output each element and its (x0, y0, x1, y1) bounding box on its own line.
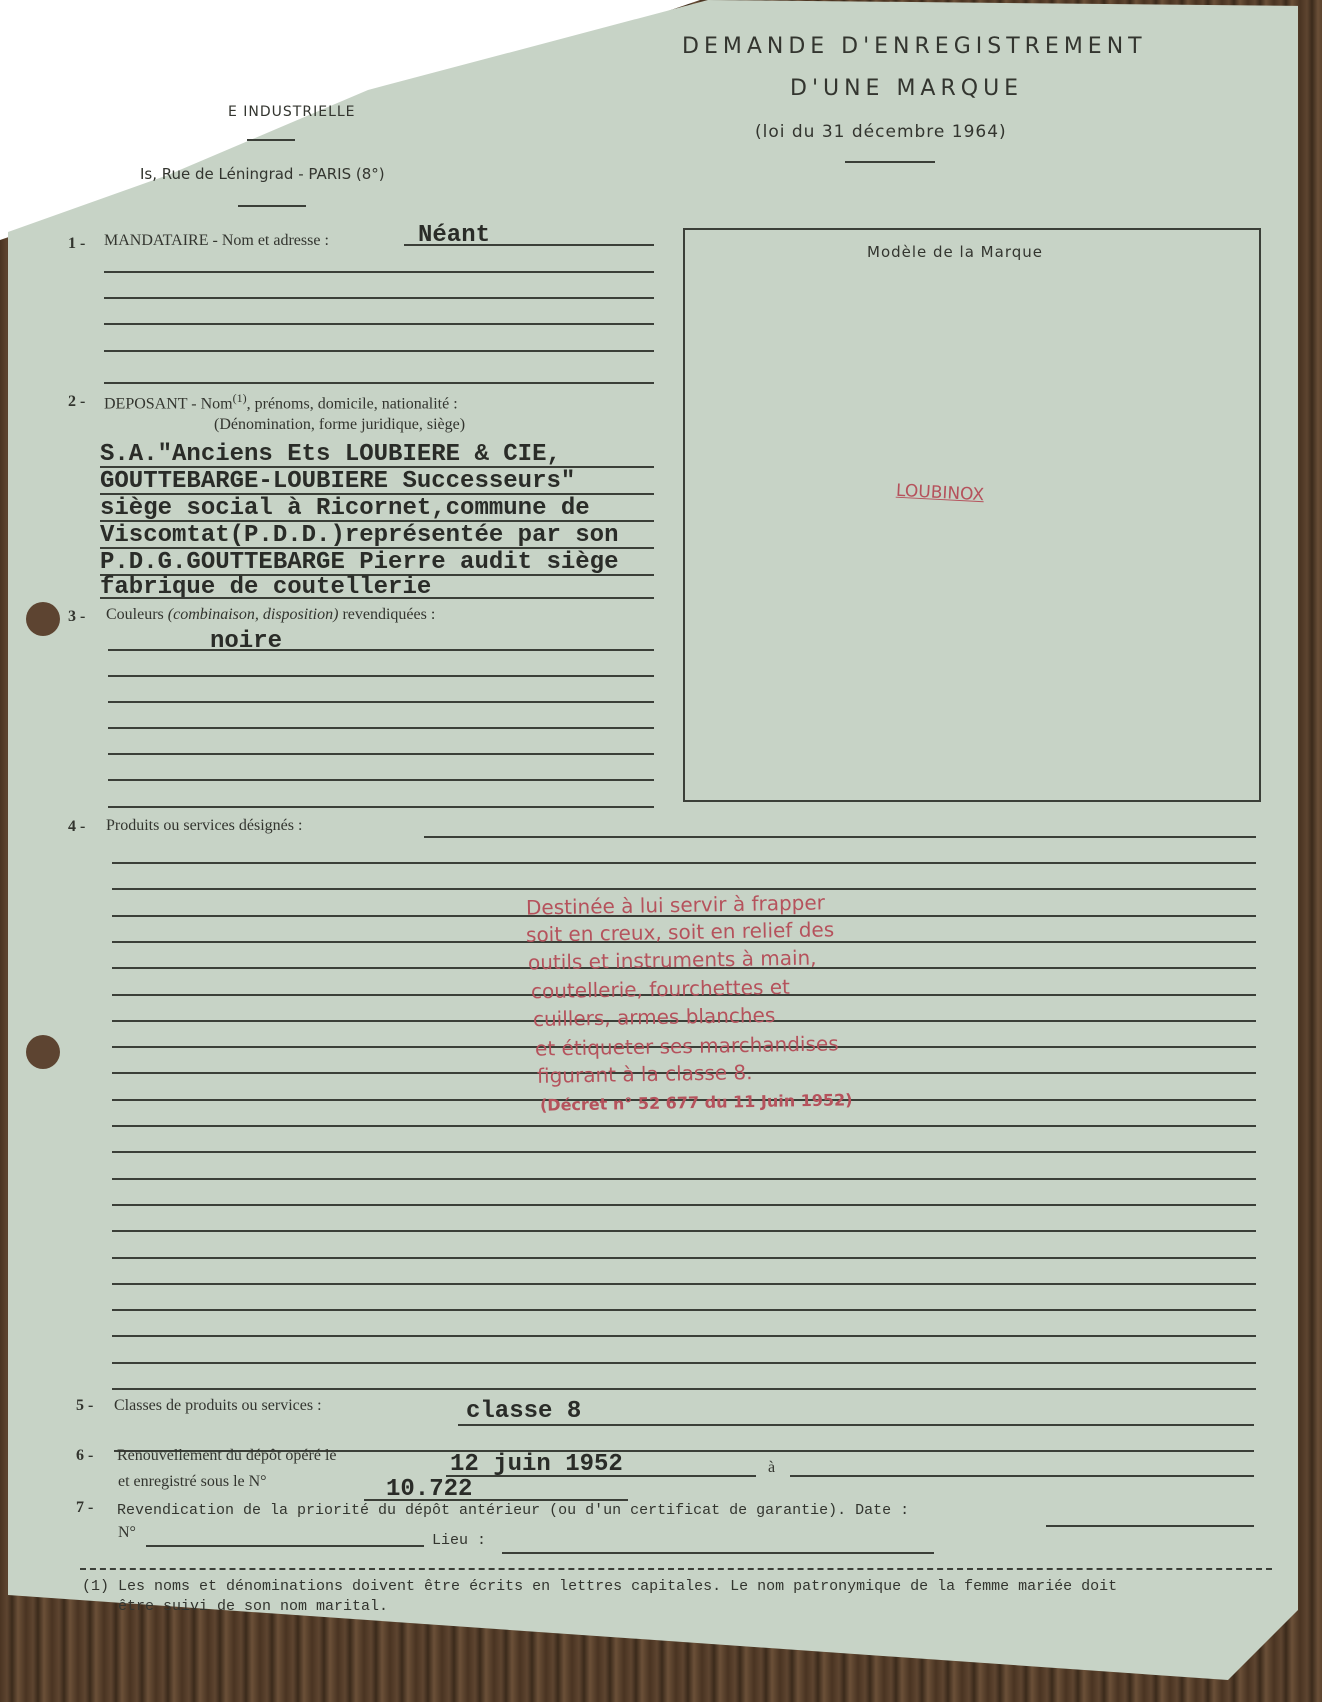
couleurs-line (108, 779, 654, 781)
products-line (112, 1178, 1256, 1180)
products-line (112, 1257, 1256, 1259)
header-divider (845, 161, 935, 163)
products-stamp-line: figurant à la classe 8. (537, 1060, 753, 1088)
section7-label: Revendication de la priorité du dépôt an… (117, 1502, 909, 1519)
section7-number: 7 - (76, 1499, 93, 1517)
mark-model-title: Modèle de la Marque (867, 243, 1043, 261)
mandataire-line (104, 271, 654, 273)
couleurs-label: Couleurs (106, 606, 164, 623)
footnote-ref: (1) (233, 391, 247, 405)
products-stamp-line: cuillers, armes blanches (533, 1003, 776, 1031)
deposant-label-rest: , prénoms, domicile, nationalité : (247, 395, 458, 412)
form-title-line2: D'UNE MARQUE (790, 76, 1023, 101)
couleurs-line (108, 727, 654, 729)
form-title-line1: DEMANDE D'ENREGISTREMENT (682, 34, 1147, 59)
priority-no-line (146, 1545, 424, 1547)
products-line (112, 1230, 1256, 1232)
law-reference: (loi du 31 décembre 1964) (755, 122, 1007, 142)
classes-value[interactable]: classe 8 (466, 1398, 581, 1425)
section6-label: Renouvellement du dépôt opéré le (117, 1447, 336, 1465)
section4-number: 4 - (68, 818, 85, 836)
priority-no-label: N° (118, 1524, 136, 1542)
products-line (112, 1388, 1256, 1390)
products-line (112, 888, 1256, 890)
section2-sublabel: (Dénomination, forme juridique, siège) (214, 416, 465, 434)
products-line (112, 862, 1256, 864)
renewal-at-line (790, 1475, 1254, 1477)
mandataire-line (104, 350, 654, 352)
office-divider (247, 139, 295, 141)
deposant-value-line[interactable]: GOUTTEBARGE-LOUBIERE Successeurs" (100, 468, 575, 495)
section2-number: 2 - (68, 393, 85, 411)
priority-place-line (502, 1552, 934, 1554)
couleurs-label-italic: (combinaison, disposition) (168, 606, 339, 623)
products-line (424, 836, 1256, 838)
couleurs-line (108, 806, 654, 808)
deposant-value-line[interactable]: S.A."Anciens Ets LOUBIERE & CIE, (100, 441, 561, 468)
mandataire-line (404, 244, 654, 246)
mandataire-line (104, 382, 654, 384)
section1-number: 1 - (68, 235, 85, 253)
footnote-line2: être suivi de son nom marital. (118, 1598, 388, 1615)
renewal-date-line (446, 1475, 756, 1477)
office-address: Is, Rue de Léningrad - PARIS (8°) (140, 165, 385, 183)
footnote-line1: (1) Les noms et dénominations doivent êt… (82, 1578, 1117, 1595)
couleurs-label-rest: revendiquées : (342, 606, 435, 623)
office-name: E INDUSTRIELLE (228, 104, 356, 120)
couleurs-line (108, 675, 654, 677)
products-line (112, 1309, 1256, 1311)
punch-hole (26, 1035, 60, 1069)
products-stamp-line: outils et instruments à main, (528, 945, 817, 974)
mandataire-line (104, 323, 654, 325)
deposant-value-line[interactable]: P.D.G.GOUTTEBARGE Pierre audit siège (100, 549, 618, 576)
footnote-separator (80, 1568, 1272, 1570)
products-line (112, 1204, 1256, 1206)
deposant-label: DEPOSANT - Nom (104, 395, 233, 412)
registered-line (364, 1499, 628, 1501)
priority-date-line (1046, 1525, 1254, 1527)
deposant-value-line[interactable]: siège social à Ricornet,commune de (100, 495, 590, 522)
couleurs-line (108, 701, 654, 703)
deposant-line (100, 597, 654, 599)
registered-label: et enregistré sous le N° (118, 1473, 267, 1491)
products-stamp-line: coutellerie, fourchettes et (531, 975, 790, 1004)
products-line (112, 1125, 1256, 1127)
renewal-date-value[interactable]: 12 juin 1952 (450, 1451, 623, 1478)
punch-hole (26, 602, 60, 636)
renewal-at-label: à (768, 1459, 775, 1477)
section3-label: Couleurs (combinaison, disposition) reve… (106, 606, 435, 624)
priority-place-label: Lieu : (432, 1532, 486, 1549)
products-line (112, 1335, 1256, 1337)
couleurs-line (108, 649, 654, 651)
products-line (112, 1362, 1256, 1364)
section1-label: MANDATAIRE - Nom et adresse : (104, 232, 329, 250)
section5-number: 5 - (76, 1397, 93, 1415)
mandataire-line (104, 297, 654, 299)
section3-number: 3 - (68, 608, 85, 626)
mark-model-box (683, 228, 1261, 802)
section5-label: Classes de produits ou services : (114, 1397, 322, 1415)
section4-label: Produits ou services désignés : (106, 817, 302, 835)
classes-line (458, 1424, 1254, 1426)
couleurs-line (108, 753, 654, 755)
address-divider (238, 205, 306, 207)
products-line (112, 1283, 1256, 1285)
section6-number: 6 - (76, 1447, 93, 1465)
deposant-value-line[interactable]: Viscomtat(P.D.D.)représentée par son (100, 522, 618, 549)
products-line (112, 1151, 1256, 1153)
section2-label: DEPOSANT - Nom(1), prénoms, domicile, na… (104, 391, 458, 413)
